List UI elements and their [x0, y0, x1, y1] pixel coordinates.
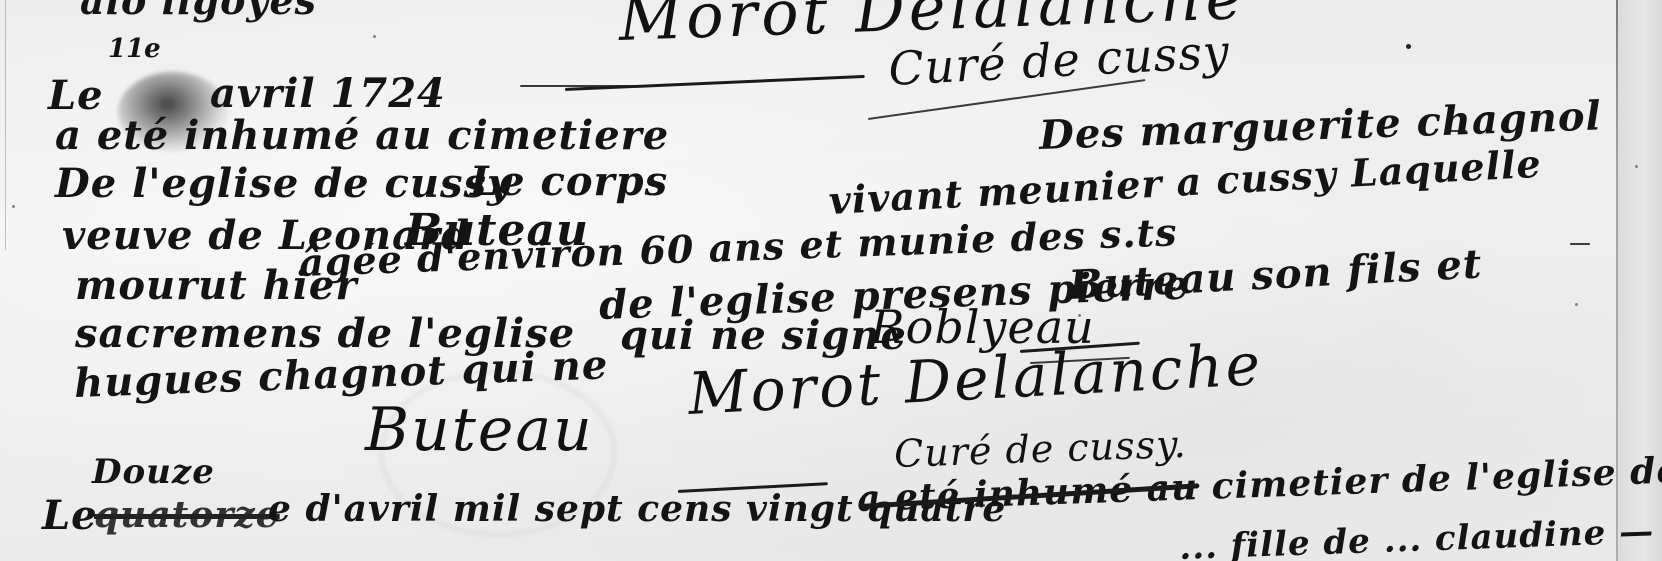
line-eglise: De l'eglise de cussy: [55, 160, 511, 207]
paper-speck: [12, 205, 15, 208]
paper-speck: [1635, 165, 1638, 168]
paper-speck: [1078, 314, 1081, 317]
paper-speck: [373, 35, 376, 38]
entry2-struck-word: quatorze: [94, 494, 280, 536]
line-inhume: a eté inhumé au cimetiere: [55, 112, 669, 159]
line-end-dash: [1445, 130, 1467, 132]
signature-buteau: Buteau: [365, 395, 594, 465]
line-end-dash: [1570, 243, 1590, 245]
entry2-margin-note: Douze: [92, 452, 215, 492]
margin-day-note: 11e: [108, 34, 161, 64]
entry-date: avril 1724: [210, 70, 446, 117]
paper-speck: [1575, 303, 1578, 306]
date-dash: [520, 85, 630, 87]
entry2-second-line: ... fille de ... claudine —: [1179, 511, 1655, 561]
scanned-register-page: aio ligoyes Morot Delalanche 11e Le avri…: [0, 0, 1662, 561]
previous-entry-fragment: aio ligoyes: [80, 0, 317, 23]
margin-rule: [5, 0, 6, 250]
entry2-le: Le: [42, 492, 98, 539]
ink-dot: [1406, 44, 1411, 49]
line-le-corps: Le corps: [470, 158, 668, 205]
signature-underline: [565, 75, 865, 91]
